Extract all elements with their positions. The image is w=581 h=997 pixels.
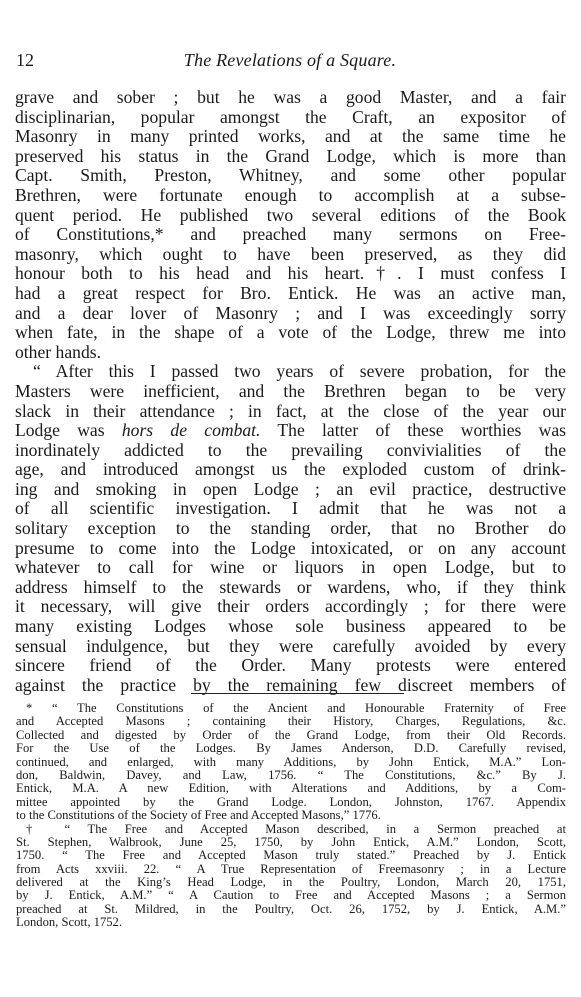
body-line: and a dear lover of Masonry ; and I was … — [15, 304, 566, 324]
body-line: whatever to call for wine or liquors in … — [15, 558, 566, 578]
body-line: slack in their attendance ; in fact, at … — [15, 402, 566, 422]
body-line: quent period. He published two several e… — [15, 206, 566, 226]
body-line: sensual indulgence, but they were carefu… — [15, 637, 566, 657]
body-line: of Constitutions,* and preached many ser… — [15, 225, 566, 245]
footnote-line: don, Baldwin, Davey, and Law, 1756. “ Th… — [16, 769, 566, 782]
italic-phrase: hors de combat. — [122, 420, 261, 440]
body-line: Masters were inefficient, and the Brethr… — [15, 382, 566, 402]
body-line: grave and sober ; but he was a good Mast… — [15, 88, 566, 108]
footnotes: * “ The Constitutions of the Ancient and… — [16, 702, 566, 930]
body-line: Capt. Smith, Preston, Whitney, and some … — [15, 166, 566, 186]
body-line: solitary exception to the standing order… — [15, 519, 566, 539]
body-line: Brethren, were fortunate enough to accom… — [15, 186, 566, 206]
body-line: it necessary, will give their orders acc… — [15, 597, 566, 617]
body-line: had a great respect for Bro. Entick. He … — [15, 284, 566, 304]
body-line: many existing Lodges whose sole business… — [15, 617, 566, 637]
body-line: ing and smoking in open Lodge ; an evil … — [15, 480, 566, 500]
footnote-divider — [191, 693, 404, 694]
body-line: honour both to his head and his heart.†.… — [15, 264, 566, 284]
footnote-line: to the Constitutions of the Society of F… — [16, 809, 566, 822]
body-line: masonry, which ought to have been preser… — [15, 245, 566, 265]
footnote-line: Collected and digested by Order of the G… — [16, 729, 566, 742]
body-line: “ After this I passed two years of sever… — [15, 362, 566, 382]
body-line: age, and introduced amongst us the explo… — [15, 460, 566, 480]
body-line: sincere friend of the Order. Many protes… — [15, 656, 566, 676]
footnote-line: London, Scott, 1752. — [16, 916, 566, 929]
body-line: preserved his status in the Grand Lodge,… — [15, 147, 566, 167]
body-line: Masonry in many printed works, and at th… — [15, 127, 566, 147]
body-line-end: The latter of these worthies was — [260, 420, 566, 440]
body-line: of all scientific investigation. I admit… — [15, 499, 566, 519]
body-text: grave and sober ; but he was a good Mast… — [15, 88, 566, 695]
footnote-line: from Acts xxviii. 22. “ A True Represent… — [16, 863, 566, 876]
body-line: other hands. — [15, 343, 566, 363]
body-line: disciplinarian, popular amongst the Craf… — [15, 108, 566, 128]
footnote-line: by J. Entick, A.M.” “ A Caution to Free … — [16, 889, 566, 902]
running-title: The Revelations of a Square. — [16, 50, 564, 71]
footnote-line: preached at St. Mildred, in the Poultry,… — [16, 903, 566, 916]
footnote-line: 1750. “ The Free and Accepted Mason trul… — [16, 849, 566, 862]
footnote-line: delivered at the King’s Head Lodge, in t… — [16, 876, 566, 889]
body-line: inordinately addicted to the prevailing … — [15, 441, 566, 461]
footnote-line: mittee appointed by the Grand Lodge. Lon… — [16, 796, 566, 809]
footnote-line: continued, and enlarged, with many Addit… — [16, 756, 566, 769]
footnote-line: St. Stephen, Walbrook, June 25, 1750, by… — [16, 836, 566, 849]
book-page: 12 The Revelations of a Square. grave an… — [0, 0, 581, 997]
running-head: 12 The Revelations of a Square. — [16, 50, 564, 72]
body-line: presume to come into the Lodge intoxicat… — [15, 539, 566, 559]
body-line: address himself to the stewards or warde… — [15, 578, 566, 598]
body-line-with-italic: Lodge was hors de combat. The latter of … — [15, 421, 566, 441]
body-line-start: Lodge was — [15, 420, 122, 440]
footnote-line: and Accepted Masons ; containing their H… — [16, 715, 566, 728]
footnote-line: Entick, M.A. A new Edition, with Alterat… — [16, 782, 566, 795]
body-line: when fate, in the shape of a vote of the… — [15, 323, 566, 343]
footnote-line: * “ The Constitutions of the Ancient and… — [16, 702, 566, 715]
footnote-line: † “ The Free and Accepted Mason describe… — [16, 823, 566, 836]
footnote-line: For the Use of the Lodges. By James Ande… — [16, 742, 566, 755]
